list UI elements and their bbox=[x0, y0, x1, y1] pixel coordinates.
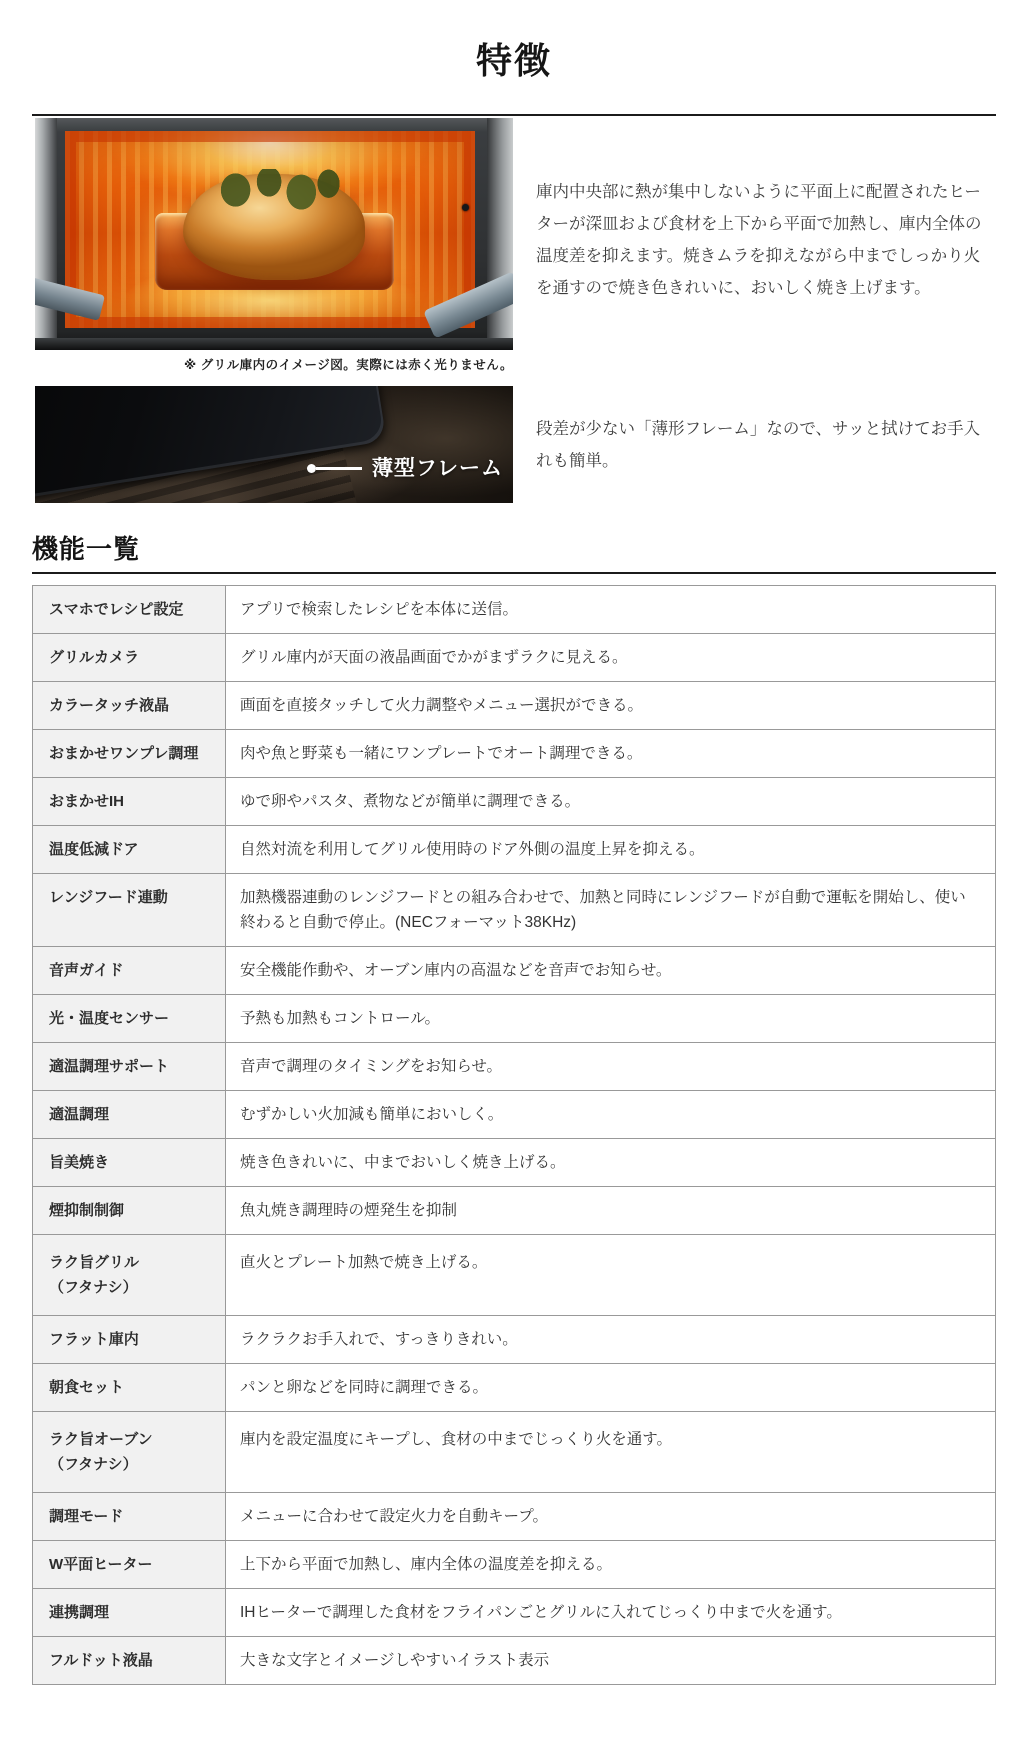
grill-herb-garnish bbox=[217, 169, 341, 211]
function-desc-cell: 庫内を設定温度にキープし、食材の中までじっくり火を通す。 bbox=[226, 1412, 996, 1493]
thin-frame-image: 薄型フレーム bbox=[35, 386, 513, 503]
feature-frame-section: 薄型フレーム 段差が少ない「薄形フレーム」なので、サッと拭けてお手入れも簡単。 bbox=[32, 386, 996, 503]
function-table-body: スマホでレシピ設定 アプリで検索したレシピを本体に送信。 グリルカメラ グリル庫… bbox=[33, 586, 996, 1685]
function-table-row: 旨美焼き 焼き色きれいに、中までおいしく焼き上げる。 bbox=[33, 1139, 996, 1187]
function-desc-cell: 焼き色きれいに、中までおいしく焼き上げる。 bbox=[226, 1139, 996, 1187]
function-name-cell: おまかせIH bbox=[33, 778, 226, 826]
function-table-row: 温度低減ドア 自然対流を利用してグリル使用時のドア外側の温度上昇を抑える。 bbox=[33, 826, 996, 874]
function-desc-cell: 直火とプレート加熱で焼き上げる。 bbox=[226, 1235, 996, 1316]
function-table-row: 適温調理サポート 音声で調理のタイミングをお知らせ。 bbox=[33, 1043, 996, 1091]
function-desc-cell: メニューに合わせて設定火力を自動キープ。 bbox=[226, 1493, 996, 1541]
function-desc-cell: 加熱機器連動のレンジフードとの組み合わせで、加熱と同時にレンジフードが自動で運転… bbox=[226, 874, 996, 947]
callout-dot-icon bbox=[307, 464, 316, 473]
function-name-cell: 調理モード bbox=[33, 1493, 226, 1541]
function-desc-cell: 予熱も加熱もコントロール。 bbox=[226, 995, 996, 1043]
function-name-cell: 朝食セット bbox=[33, 1364, 226, 1412]
function-name-cell: グリルカメラ bbox=[33, 634, 226, 682]
function-name-cell: W平面ヒーター bbox=[33, 1541, 226, 1589]
function-table-row: ラク旨グリル （フタナシ） 直火とプレート加熱で焼き上げる。 bbox=[33, 1235, 996, 1316]
function-name-cell: 温度低減ドア bbox=[33, 826, 226, 874]
function-name-cell: カラータッチ液晶 bbox=[33, 682, 226, 730]
grill-frame-screw bbox=[462, 204, 469, 211]
function-desc-cell: 安全機能作動や、オーブン庫内の高温などを音声でお知らせ。 bbox=[226, 947, 996, 995]
function-list-divider bbox=[32, 572, 996, 574]
function-desc-cell: 画面を直接タッチして火力調整やメニュー選択ができる。 bbox=[226, 682, 996, 730]
function-name-cell: 音声ガイド bbox=[33, 947, 226, 995]
function-desc-cell: 魚丸焼き調理時の煙発生を抑制 bbox=[226, 1187, 996, 1235]
function-desc-cell: 音声で調理のタイミングをお知らせ。 bbox=[226, 1043, 996, 1091]
thin-frame-label: 薄型フレーム bbox=[372, 458, 503, 479]
function-table: スマホでレシピ設定 アプリで検索したレシピを本体に送信。 グリルカメラ グリル庫… bbox=[32, 585, 996, 1685]
function-name-cell: 煙抑制制御 bbox=[33, 1187, 226, 1235]
title-divider bbox=[32, 114, 996, 116]
frame-description: 段差が少ない「薄形フレーム」なので、サッと拭けてお手入れも簡単。 bbox=[536, 413, 996, 477]
function-name-cell: フラット庫内 bbox=[33, 1316, 226, 1364]
function-desc-cell: ラクラクお手入れで、すっきりきれい。 bbox=[226, 1316, 996, 1364]
function-table-row: 煙抑制制御 魚丸焼き調理時の煙発生を抑制 bbox=[33, 1187, 996, 1235]
function-table-row: フラット庫内 ラクラクお手入れで、すっきりきれい。 bbox=[33, 1316, 996, 1364]
function-table-row: グリルカメラ グリル庫内が天面の液晶画面でかがまずラクに見える。 bbox=[33, 634, 996, 682]
function-table-row: スマホでレシピ設定 アプリで検索したレシピを本体に送信。 bbox=[33, 586, 996, 634]
product-features-page: 特徴 ※ グリル庫内のイメージ図。実際には赤く光りません。 庫内中央部に熱が集中… bbox=[32, 36, 996, 1685]
function-desc-cell: 大きな文字とイメージしやすいイラスト表示 bbox=[226, 1637, 996, 1685]
function-desc-cell: 肉や魚と野菜も一緒にワンプレートでオート調理できる。 bbox=[226, 730, 996, 778]
function-desc-cell: グリル庫内が天面の液晶画面でかがまずラクに見える。 bbox=[226, 634, 996, 682]
function-name-cell: フルドット液晶 bbox=[33, 1637, 226, 1685]
function-table-row: おまかせIH ゆで卵やパスタ、煮物などが簡単に調理できる。 bbox=[33, 778, 996, 826]
function-table-row: 調理モード メニューに合わせて設定火力を自動キープ。 bbox=[33, 1493, 996, 1541]
function-name-cell: スマホでレシピ設定 bbox=[33, 586, 226, 634]
function-desc-cell: 自然対流を利用してグリル使用時のドア外側の温度上昇を抑える。 bbox=[226, 826, 996, 874]
callout-leader-line bbox=[316, 467, 362, 470]
function-name-cell: おまかせワンプレ調理 bbox=[33, 730, 226, 778]
function-desc-cell: むずかしい火加減も簡単においしく。 bbox=[226, 1091, 996, 1139]
function-table-row: 適温調理 むずかしい火加減も簡単においしく。 bbox=[33, 1091, 996, 1139]
function-name-cell: ラク旨オーブン （フタナシ） bbox=[33, 1412, 226, 1493]
function-desc-cell: アプリで検索したレシピを本体に送信。 bbox=[226, 586, 996, 634]
function-table-row: 朝食セット パンと卵などを同時に調理できる。 bbox=[33, 1364, 996, 1412]
function-table-row: レンジフード連動 加熱機器連動のレンジフードとの組み合わせで、加熱と同時にレンジ… bbox=[33, 874, 996, 947]
function-table-row: 光・温度センサー 予熱も加熱もコントロール。 bbox=[33, 995, 996, 1043]
function-desc-cell: ゆで卵やパスタ、煮物などが簡単に調理できる。 bbox=[226, 778, 996, 826]
grill-interior-image bbox=[35, 118, 513, 350]
function-desc-cell: IHヒーターで調理した食材をフライパンごとグリルに入れてじっくり中まで火を通す。 bbox=[226, 1589, 996, 1637]
grill-interior-figure: ※ グリル庫内のイメージ図。実際には赤く光りません。 bbox=[35, 118, 513, 373]
function-table-row: 連携調理 IHヒーターで調理した食材をフライパンごとグリルに入れてじっくり中まで… bbox=[33, 1589, 996, 1637]
function-table-row: おまかせワンプレ調理 肉や魚と野菜も一緒にワンプレートでオート調理できる。 bbox=[33, 730, 996, 778]
function-name-cell: 旨美焼き bbox=[33, 1139, 226, 1187]
grill-left-rail bbox=[35, 118, 57, 350]
heater-description: 庫内中央部に熱が集中しないように平面上に配置されたヒーターが深皿および食材を上下… bbox=[536, 176, 996, 373]
function-table-row: カラータッチ液晶 画面を直接タッチして火力調整やメニュー選択ができる。 bbox=[33, 682, 996, 730]
function-table-row: ラク旨オーブン （フタナシ） 庫内を設定温度にキープし、食材の中までじっくり火を… bbox=[33, 1412, 996, 1493]
function-name-cell: 適温調理サポート bbox=[33, 1043, 226, 1091]
function-list-title: 機能一覧 bbox=[32, 535, 996, 565]
function-desc-cell: パンと卵などを同時に調理できる。 bbox=[226, 1364, 996, 1412]
function-name-cell: ラク旨グリル （フタナシ） bbox=[33, 1235, 226, 1316]
function-table-row: W平面ヒーター 上下から平面で加熱し、庫内全体の温度差を抑える。 bbox=[33, 1541, 996, 1589]
page-title: 特徴 bbox=[32, 36, 996, 86]
thin-frame-callout: 薄型フレーム bbox=[307, 458, 503, 479]
function-name-cell: 連携調理 bbox=[33, 1589, 226, 1637]
function-name-cell: レンジフード連動 bbox=[33, 874, 226, 947]
grill-front-edge bbox=[35, 338, 513, 350]
grill-right-rail bbox=[487, 118, 513, 350]
function-name-cell: 光・温度センサー bbox=[33, 995, 226, 1043]
function-name-cell: 適温調理 bbox=[33, 1091, 226, 1139]
function-desc-cell: 上下から平面で加熱し、庫内全体の温度差を抑える。 bbox=[226, 1541, 996, 1589]
function-table-row: 音声ガイド 安全機能作動や、オーブン庫内の高温などを音声でお知らせ。 bbox=[33, 947, 996, 995]
feature-heater-section: ※ グリル庫内のイメージ図。実際には赤く光りません。 庫内中央部に熱が集中しない… bbox=[32, 118, 996, 373]
grill-image-caption: ※ グリル庫内のイメージ図。実際には赤く光りません。 bbox=[35, 355, 513, 373]
function-table-row: フルドット液晶 大きな文字とイメージしやすいイラスト表示 bbox=[33, 1637, 996, 1685]
